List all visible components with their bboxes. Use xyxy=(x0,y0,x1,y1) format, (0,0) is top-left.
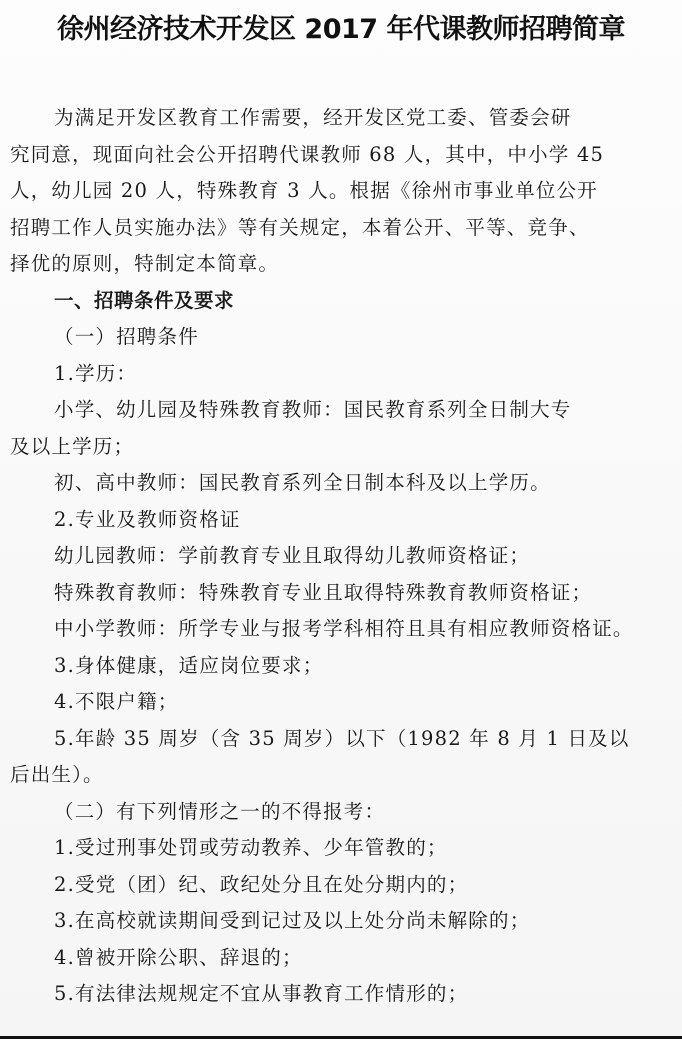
intro-line-4: 招聘工作人员实施办法》等有关规定，本着公开、平等、竞争、 xyxy=(10,210,666,247)
residence-requirement: 4.不限户籍； xyxy=(10,684,666,721)
major-kindergarten: 幼儿园教师：学前教育专业且取得幼儿教师资格证； xyxy=(10,538,666,575)
exclusion-item: 1.受过刑事处罚或劳动教养、少年管教的； xyxy=(10,830,666,867)
major-special: 特殊教育教师：特殊教育专业且取得特殊教育教师资格证； xyxy=(10,575,666,612)
major-school: 中小学教师：所学专业与报考学科相符且具有相应教师资格证。 xyxy=(10,611,666,648)
age-requirement-line-1: 5.年龄 35 周岁（含 35 周岁）以下（1982 年 8 月 1 日及以 xyxy=(10,721,666,758)
document-page: 徐州经济技术开发区 2017 年代课教师招聘简章 为满足开发区教育工作需要，经开… xyxy=(0,0,682,1039)
exclusion-item: 5.有法律法规规定不宜从事教育工作情形的； xyxy=(10,976,666,1013)
intro-line-1: 为满足开发区教育工作需要，经开发区党工委、管委会研 xyxy=(10,100,666,137)
intro-line-3: 人，幼儿园 20 人，特殊教育 3 人。根据《徐州市事业单位公开 xyxy=(10,173,666,210)
education-line-1: 小学、幼儿园及特殊教育教师：国民教育系列全日制大专 xyxy=(10,392,666,429)
document-body: 为满足开发区教育工作需要，经开发区党工委、管委会研 究同意，现面向社会公开招聘代… xyxy=(10,100,666,1013)
exclusion-item: 3.在高校就读期间受到记过及以上处分尚未解除的； xyxy=(10,903,666,940)
document-title: 徐州经济技术开发区 2017 年代课教师招聘简章 xyxy=(0,10,682,50)
exclusion-item: 2.受党（团）纪、政纪处分且在处分期内的； xyxy=(10,867,666,904)
exclusion-item: 4.曾被开除公职、辞退的； xyxy=(10,940,666,977)
education-line-1-cont: 及以上学历； xyxy=(10,429,666,466)
education-line-2: 初、高中教师：国民教育系列全日制本科及以上学历。 xyxy=(10,465,666,502)
major-label: 2.专业及教师资格证 xyxy=(10,502,666,539)
subsection-1-heading: （一）招聘条件 xyxy=(10,319,666,356)
health-requirement: 3.身体健康，适应岗位要求； xyxy=(10,648,666,685)
section-1-heading: 一、招聘条件及要求 xyxy=(10,283,666,320)
education-label: 1.学历： xyxy=(10,356,666,393)
intro-line-5: 择优的原则，特制定本简章。 xyxy=(10,246,666,283)
age-requirement-line-2: 后出生）。 xyxy=(10,757,666,794)
subsection-2-heading: （二）有下列情形之一的不得报考： xyxy=(10,794,666,831)
intro-line-2: 究同意，现面向社会公开招聘代课教师 68 人，其中，中小学 45 xyxy=(10,137,666,174)
